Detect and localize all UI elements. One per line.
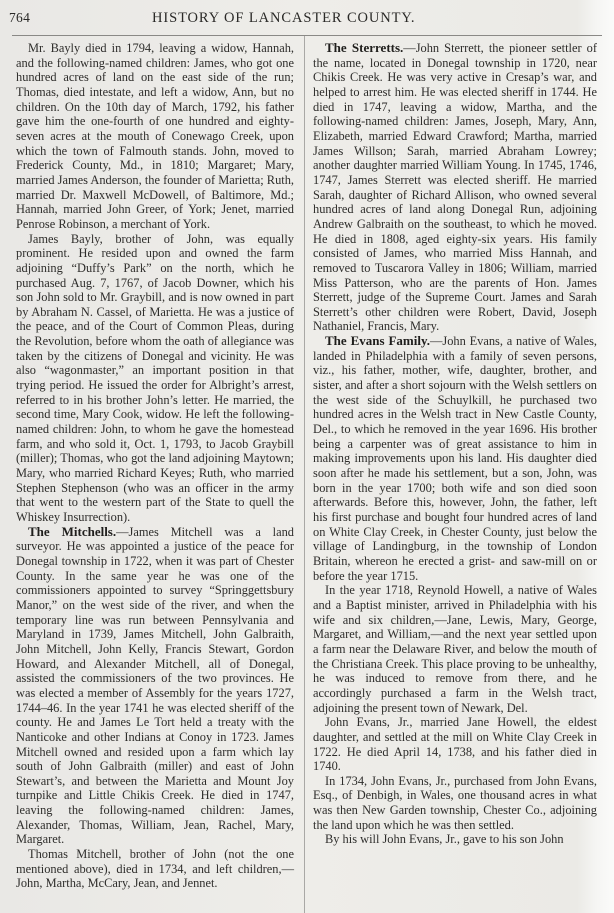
paragraph-text: In the year 1718, Reynold Howell, a nati…: [313, 583, 597, 714]
paragraph-james-bayly: James Bayly, brother of John, was equall…: [16, 232, 294, 525]
paragraph-text: —James Mitchell was a land surveyor. He …: [16, 525, 294, 847]
running-title: HISTORY OF LANCASTER COUNTY.: [152, 10, 415, 27]
page-header: 764 HISTORY OF LANCASTER COUNTY.: [0, 0, 614, 34]
paragraph-text: Thomas Mitchell, brother of John (not th…: [16, 847, 294, 890]
paragraph-text: —John Evans, a native of Wales, landed i…: [313, 334, 597, 583]
paragraph-the-evans-family: The Evans Family.—John Evans, a native o…: [313, 334, 597, 583]
paragraph-text: Mr. Bayly died in 1794, leaving a widow,…: [16, 41, 294, 231]
paragraph-text: James Bayly, brother of John, was equall…: [16, 232, 294, 524]
book-page: 764 HISTORY OF LANCASTER COUNTY. Mr. Bay…: [0, 0, 614, 913]
paragraph-text: In 1734, John Evans, Jr., purchased from…: [313, 774, 597, 832]
paragraph-john-evans-jr-marriage: John Evans, Jr., married Jane Howell, th…: [313, 715, 597, 774]
paragraph-the-sterretts: The Sterretts.—John Sterrett, the pionee…: [313, 41, 597, 334]
paragraph-bayly-children: Mr. Bayly died in 1794, leaving a widow,…: [16, 41, 294, 232]
section-heading-evans-family: The Evans Family.: [325, 333, 430, 348]
paragraph-will: By his will John Evans, Jr., gave to his…: [313, 832, 597, 847]
paragraph-text: By his will John Evans, Jr., gave to his…: [325, 832, 564, 846]
paragraph-reynold-howell: In the year 1718, Reynold Howell, a nati…: [313, 583, 597, 715]
page-number: 764: [9, 10, 30, 26]
paragraph-1734-purchase: In 1734, John Evans, Jr., purchased from…: [313, 774, 597, 833]
section-heading-sterretts: The Sterretts.: [325, 40, 403, 55]
paragraph-text: —John Sterrett, the pioneer settler of t…: [313, 41, 597, 333]
paragraph-thomas-mitchell: Thomas Mitchell, brother of John (not th…: [16, 847, 294, 891]
header-rule: [12, 35, 602, 36]
section-heading-mitchells: The Mitchells.: [28, 524, 116, 539]
paragraph-the-mitchells: The Mitchells.—James Mitchell was a land…: [16, 525, 294, 847]
column-divider: [304, 36, 305, 913]
left-column: Mr. Bayly died in 1794, leaving a widow,…: [16, 41, 294, 891]
paragraph-text: John Evans, Jr., married Jane Howell, th…: [313, 715, 597, 773]
right-column: The Sterretts.—John Sterrett, the pionee…: [313, 41, 597, 847]
